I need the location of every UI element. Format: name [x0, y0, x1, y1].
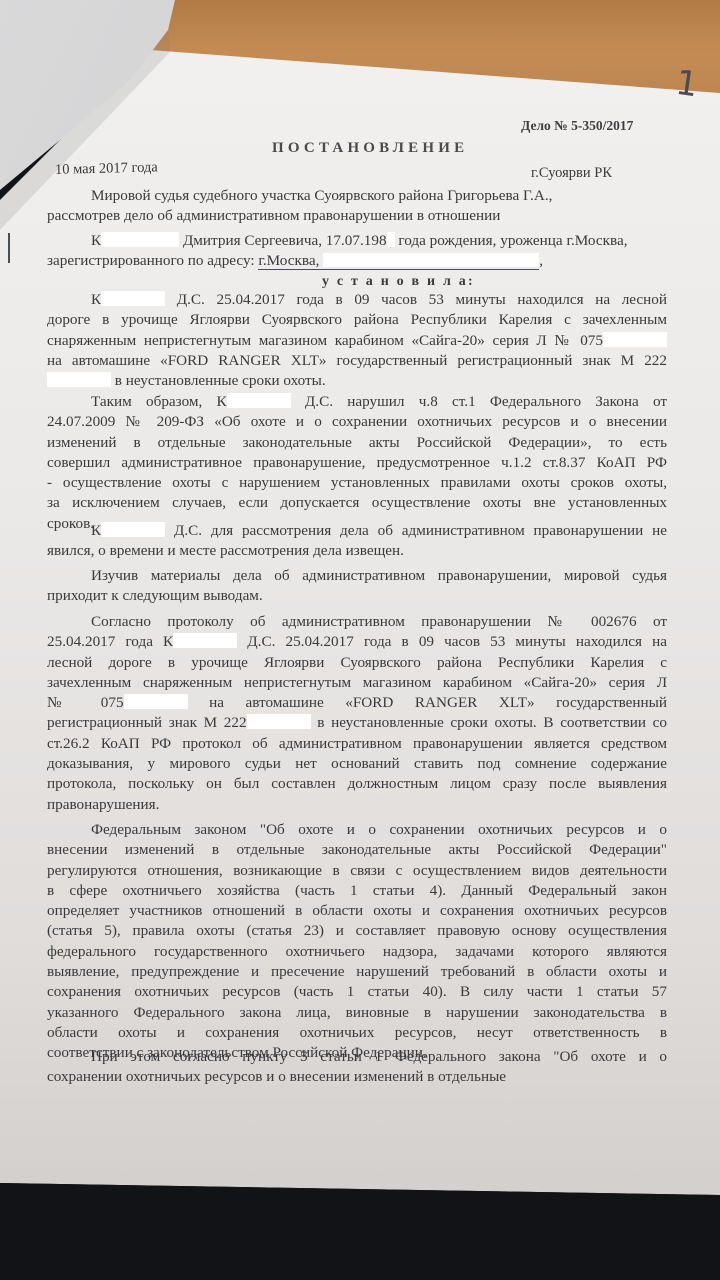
text-line: за исключением случаев, если допускается…	[47, 493, 667, 513]
paragraph-4: Изучив материалы дела об административно…	[47, 566, 667, 607]
case-number: Дело № 5-350/2017	[521, 116, 633, 136]
redacted-text	[173, 633, 237, 648]
paragraph-7: При этом согласно пункту 5 статьи 1 Феде…	[47, 1047, 667, 1088]
defendant-name: Дмитрия Сергеевича, 17.07.198	[183, 232, 387, 249]
document-title: ПОСТАНОВЛЕНИЕ	[272, 138, 468, 158]
handwritten-margin-mark	[8, 233, 10, 263]
text-line: протокола, поскольку он был составлен до…	[47, 774, 667, 794]
paragraph-5: Согласно протоколу об административном п…	[47, 612, 667, 815]
text-line: регистрационный знак М 222 в неустановле…	[47, 713, 667, 733]
text-line: Федеральным законом "Об охоте и о сохран…	[47, 820, 667, 840]
address-label: зарегистрированного по адресу:	[47, 252, 255, 269]
redacted-text	[247, 714, 311, 729]
redacted-surname	[101, 232, 179, 247]
redacted-text	[101, 291, 165, 306]
defendant-paragraph: К Дмитрия Сергеевича, 17.07.198 года рож…	[47, 231, 667, 272]
text-line: приходит к следующим выводам.	[47, 586, 667, 606]
redacted-text	[47, 372, 111, 387]
paragraph-3: К Д.С. для рассмотрения дела об админист…	[47, 521, 667, 562]
intro-paragraph: Мировой судья судебного участка Суоярвск…	[47, 186, 667, 227]
text-line: правонарушения.	[47, 795, 667, 815]
paragraph-2: Таким образом, К Д.С. нарушил ч.8 ст.1 Ф…	[47, 392, 667, 534]
text-line: сохранения охотничьих ресурсов (часть 1 …	[47, 982, 667, 1002]
text-line: зачехленным снаряженным непристегнутым м…	[47, 673, 667, 693]
text-line: ст.26.2 КоАП РФ протокол об администрати…	[47, 734, 667, 754]
text-line: определяет участников отношений в област…	[47, 901, 667, 921]
redacted-text	[603, 332, 667, 347]
text-line: К Д.С. для рассмотрения дела об админист…	[47, 521, 667, 541]
text-line: - осуществление охоты с нарушением устан…	[47, 473, 667, 493]
document-city: г.Суоярви РК	[531, 163, 612, 183]
text-line: Согласно протоколу об административном п…	[47, 612, 667, 632]
text-line: указанного Федерального закона лица, вин…	[47, 1003, 667, 1023]
redacted-birth-digit	[387, 232, 395, 247]
text-line: К Д.С. 25.04.2017 года в 09 часов 53 мин…	[47, 290, 667, 310]
text-line: Изучив материалы дела об административно…	[47, 566, 667, 586]
text-line: явился, о времени и месте рассмотрения д…	[47, 541, 667, 561]
text-line: федерального государственного охотничьег…	[47, 942, 667, 962]
address-underlined: г.Москва,	[258, 252, 539, 270]
document-date: 10 мая 2017 года	[55, 157, 158, 180]
redacted-text	[101, 522, 165, 537]
text-line: сохранении охотничьих ресурсов и о внесе…	[47, 1067, 667, 1087]
address-city: г.Москва,	[258, 252, 319, 269]
court-ruling-document: 1 Дело № 5-350/2017 ПОСТАНОВЛЕНИЕ 10 мая…	[0, 0, 720, 1280]
text-line: изменений в отдельные законодательные ак…	[47, 433, 667, 453]
paragraph-6: Федеральным законом "Об охоте и о сохран…	[47, 820, 667, 1064]
paragraph-1: К Д.С. 25.04.2017 года в 09 часов 53 мин…	[47, 290, 667, 391]
text-line: регулируются отношения, возникающие в св…	[47, 861, 667, 881]
text-line: области охоты и сохранения охотничьих ре…	[47, 1023, 667, 1043]
text-line: 25.04.2017 года К Д.С. 25.04.2017 года в…	[47, 632, 667, 652]
text-line: дороге в урочище Яглоярви Суоярвского ра…	[47, 310, 667, 330]
dark-surface-below-document	[0, 1183, 720, 1280]
redacted-address	[323, 253, 539, 267]
redacted-text	[124, 694, 188, 709]
text-line: внесении изменений в отдельные законодат…	[47, 840, 667, 860]
redacted-text	[227, 393, 291, 408]
text-line: (статья 5), правила охоты (статья 23) и …	[47, 921, 667, 941]
defendant-initial: К	[91, 232, 101, 249]
text-line: совершил административное правонарушение…	[47, 453, 667, 473]
text-line: в сфере охотничьего хозяйства (часть 1 с…	[47, 881, 667, 901]
text-line: в неустановленные сроки охоты.	[47, 371, 667, 391]
defendant-birth: года рождения, уроженца г.Москва,	[398, 232, 627, 249]
text-line: 24.07.2009 № 209-ФЗ «Об охоте и о сохран…	[47, 412, 667, 432]
text-line: При этом согласно пункту 5 статьи 1 Феде…	[47, 1047, 667, 1067]
text-line: выявление, предупреждение и пресечение н…	[47, 962, 667, 982]
intro-line-2: рассмотрев дело об административном прав…	[47, 206, 667, 226]
text-line: снаряженным непристегнутым магазином кар…	[47, 331, 667, 351]
intro-line-1: Мировой судья судебного участка Суоярвск…	[47, 186, 667, 206]
photo-scene: 1 Дело № 5-350/2017 ПОСТАНОВЛЕНИЕ 10 мая…	[0, 0, 720, 1280]
text-line: № 075 на автомашине «FORD RANGER XLT» го…	[47, 693, 667, 713]
address-tail: ,	[539, 252, 543, 269]
text-line: доказывания, у мирового судьи нет основа…	[47, 754, 667, 774]
text-line: Таким образом, К Д.С. нарушил ч.8 ст.1 Ф…	[47, 392, 667, 412]
handwritten-page-number: 1	[675, 73, 699, 96]
text-line: лесной дороге в урочище Яглоярви Суоярвс…	[47, 653, 667, 673]
text-line: на автомашине «FORD RANGER XLT» государс…	[47, 351, 667, 371]
